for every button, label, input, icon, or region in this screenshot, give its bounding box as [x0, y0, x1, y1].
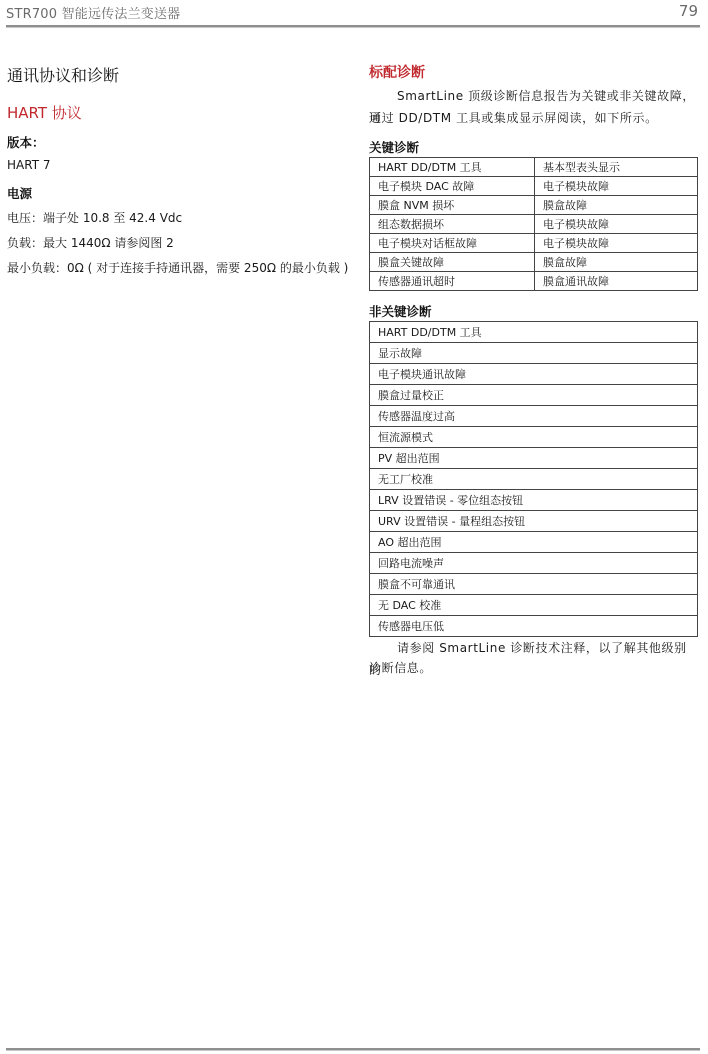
table-row: 传感器电压低 [370, 616, 698, 637]
table-row: 膜盒 NVM 损坏 膜盒故障 [370, 196, 698, 215]
table-cell: 膜盒不可靠通讯 [370, 574, 698, 595]
table-cell: 膜盒故障 [535, 253, 698, 272]
table-row: AO 超出范围 [370, 532, 698, 553]
table-cell: 膜盒通讯故障 [535, 272, 698, 291]
table-row: LRV 设置错误 - 零位组态按钮 [370, 490, 698, 511]
table-cell: 电子模块故障 [535, 215, 698, 234]
table-cell: 传感器温度过高 [370, 406, 698, 427]
version-value: HART 7 [7, 158, 50, 172]
table-cell: AO 超出范围 [370, 532, 698, 553]
table-row: 恒流源模式 [370, 427, 698, 448]
section-title: 通讯协议和诊断 [7, 63, 119, 86]
table-row: 传感器通讯超时 膜盒通讯故障 [370, 272, 698, 291]
intro-paragraph-line2: 通过 DD/DTM 工具或集成显示屏阅读，如下所示。 [369, 107, 699, 129]
table-cell: URV 设置错误 - 量程组态按钮 [370, 511, 698, 532]
note-paragraph-line2: 诊断信息。 [369, 657, 699, 679]
table-cell: 显示故障 [370, 343, 698, 364]
load-spec: 负载：最大 1440Ω 请参阅图 2 [7, 234, 174, 251]
table-row: 组态数据损坏 电子模块故障 [370, 215, 698, 234]
critical-diagnostics-heading: 关键诊断 [369, 138, 419, 156]
table-cell: LRV 设置错误 - 零位组态按钮 [370, 490, 698, 511]
power-supply-label: 电源 [7, 184, 32, 202]
table-row: 膜盒关键故障 膜盒故障 [370, 253, 698, 272]
table-row: 回路电流噪声 [370, 553, 698, 574]
table-row: URV 设置错误 - 量程组态按钮 [370, 511, 698, 532]
critical-diagnostics-table: HART DD/DTM 工具 基本型表头显示 电子模块 DAC 故障 电子模块故… [369, 157, 698, 291]
table-row: 显示故障 [370, 343, 698, 364]
noncritical-diagnostics-table: HART DD/DTM 工具 显示故障 电子模块通讯故障 膜盒过量校正 传感器温… [369, 321, 698, 637]
table-cell: 电子模块 DAC 故障 [370, 177, 535, 196]
table-row: 膜盒过量校正 [370, 385, 698, 406]
table-cell: 电子模块通讯故障 [370, 364, 698, 385]
table-row: 电子模块通讯故障 [370, 364, 698, 385]
table-cell: 无 DAC 校准 [370, 595, 698, 616]
voltage-spec: 电压：端子处 10.8 至 42.4 Vdc [7, 209, 182, 226]
table-cell: 恒流源模式 [370, 427, 698, 448]
table-cell: 电子模块故障 [535, 234, 698, 253]
version-label: 版本： [7, 133, 45, 151]
noncritical-diagnostics-heading: 非关键诊断 [369, 302, 432, 320]
table-header-cell: HART DD/DTM 工具 [370, 322, 698, 343]
table-header-cell: 基本型表头显示 [535, 158, 698, 177]
table-cell: 无工厂校准 [370, 469, 698, 490]
table-cell: PV 超出范围 [370, 448, 698, 469]
table-cell: 传感器电压低 [370, 616, 698, 637]
header-divider [6, 25, 700, 28]
table-row: 膜盒不可靠通讯 [370, 574, 698, 595]
table-cell: 膜盒故障 [535, 196, 698, 215]
hart-protocol-heading: HART 协议 [7, 102, 82, 123]
footer-divider [6, 1048, 700, 1051]
table-row: PV 超出范围 [370, 448, 698, 469]
table-row: 电子模块 DAC 故障 电子模块故障 [370, 177, 698, 196]
table-row: 无 DAC 校准 [370, 595, 698, 616]
table-cell: 回路电流噪声 [370, 553, 698, 574]
table-cell: 电子模块故障 [535, 177, 698, 196]
table-header-cell: HART DD/DTM 工具 [370, 158, 535, 177]
document-header-title: STR700 智能远传法兰变送器 [6, 3, 180, 22]
table-cell: 传感器通讯超时 [370, 272, 535, 291]
page-number: 79 [679, 2, 698, 20]
table-cell: 组态数据损坏 [370, 215, 535, 234]
table-row: 电子模块对话框故障 电子模块故障 [370, 234, 698, 253]
table-cell: 膜盒过量校正 [370, 385, 698, 406]
table-cell: 电子模块对话框故障 [370, 234, 535, 253]
table-cell: 膜盒关键故障 [370, 253, 535, 272]
table-header-row: HART DD/DTM 工具 [370, 322, 698, 343]
table-header-row: HART DD/DTM 工具 基本型表头显示 [370, 158, 698, 177]
table-row: 传感器温度过高 [370, 406, 698, 427]
min-load-spec: 最小负载：0Ω ( 对于连接手持通讯器，需要 250Ω 的最小负载 ) [7, 259, 348, 276]
standard-diagnostics-heading: 标配诊断 [369, 62, 425, 82]
table-row: 无工厂校准 [370, 469, 698, 490]
table-cell: 膜盒 NVM 损坏 [370, 196, 535, 215]
